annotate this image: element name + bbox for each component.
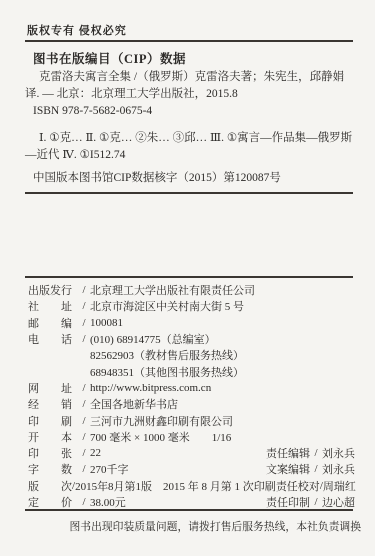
info-row-separator: / <box>78 463 90 475</box>
info-row-distribution: 经 销 / 全国各地新华书店 <box>28 396 355 412</box>
quality-note: 图书出现印装质量问题，请拨打售后服务热线，本社负责调换 <box>0 519 361 534</box>
info-row-label: 开 本 <box>28 429 78 445</box>
info-row-label: 印 刷 <box>28 413 78 429</box>
info-row-label: 电 话 <box>28 331 78 347</box>
info-row-separator: / <box>78 398 90 410</box>
info-row-separator: / <box>78 317 90 329</box>
info-row-value: 82562903（教材售后服务热线） <box>90 347 244 363</box>
copyright-page: 版权专有 侵权必究 图书在版编目（CIP）数据 克雷洛夫寓言全集 /（俄罗斯）克… <box>0 0 375 556</box>
info-row-value: 2015年8月第1版 2015 年 8 月第 1 次印刷 <box>75 478 276 494</box>
info-row-value: 全国各地新华书店 <box>90 396 178 412</box>
info-row-separator: / <box>78 382 90 394</box>
info-row-separator: / <box>78 415 90 427</box>
info-row-separator: / <box>78 333 90 345</box>
publication-info: 出版发行 / 北京理工大学出版社有限责任公司 社 址 / 北京市海淀区中关村南大… <box>28 282 355 510</box>
credit-separator: / <box>310 496 322 508</box>
info-row-value: (010) 68914775（总编室） <box>90 331 216 347</box>
info-row-separator: / <box>78 496 90 508</box>
divider-top <box>25 40 353 42</box>
info-row-phone: 电 话 / (010) 68914775（总编室） <box>28 331 355 347</box>
cip-description: 克雷洛夫寓言全集 /（俄罗斯）克雷洛夫著；朱宪生，邱静娟译. — 北京：北京理工… <box>25 69 357 102</box>
info-row-label: 经 销 <box>28 396 78 412</box>
credit-name: 周瑞红 <box>323 478 356 494</box>
info-row-value: 22 <box>90 447 101 459</box>
info-row-value: 38.00元 <box>90 494 126 510</box>
info-row-value: 68948351（其他图书服务热线） <box>90 364 244 380</box>
info-row-value: http://www.bitpress.com.cn <box>90 382 211 394</box>
info-row-separator: / <box>78 284 90 296</box>
info-row-label: 定 价 <box>28 494 78 510</box>
credit-label: 责任印制 <box>266 494 310 510</box>
info-row-value: 270千字 <box>90 461 129 477</box>
info-row-separator: / <box>78 447 90 459</box>
isbn-line: ISBN 978-7-5682-0675-4 <box>33 105 152 117</box>
credit-separator: / <box>310 447 322 459</box>
info-row-label: 印 张 <box>28 445 78 461</box>
info-row-label: 字 数 <box>28 461 78 477</box>
info-row-label: 版 次 <box>28 478 72 494</box>
info-row-value: 700 毫米 × 1000 毫米 1/16 <box>90 429 231 445</box>
info-row-value: 100081 <box>90 317 123 329</box>
credit-name: 边心超 <box>322 494 355 510</box>
credit-label: 责任编辑 <box>266 445 310 461</box>
credit-name: 刘永兵 <box>322 461 355 477</box>
info-row-separator: / <box>78 300 90 312</box>
info-row-phone-hotline-1: / 82562903（教材售后服务热线） <box>28 347 355 363</box>
info-row-label: 邮 编 <box>28 315 78 331</box>
info-row-edition: 版 次 / 2015年8月第1版 2015 年 8 月第 1 次印刷 责任校对 … <box>28 478 355 494</box>
cip-classification: Ⅰ. ①克… Ⅱ. ①克… ②朱… ③邱… Ⅲ. ①寓言—作品集—俄罗斯—近代 … <box>25 130 357 163</box>
info-row-value: 三河市九洲财鑫印刷有限公司 <box>90 413 233 429</box>
info-row-value: 北京市海淀区中关村南大街 5 号 <box>90 298 244 314</box>
credit-separator: / <box>310 463 322 475</box>
copyright-notice: 版权专有 侵权必究 <box>27 22 127 38</box>
info-row-postcode: 邮 编 / 100081 <box>28 315 355 331</box>
divider-middle-upper <box>25 192 353 194</box>
info-row-address: 社 址 / 北京市海淀区中关村南大街 5 号 <box>28 298 355 314</box>
info-row-price: 定 价 / 38.00元 责任印制 / 边心超 <box>28 494 355 510</box>
divider-middle-lower <box>25 276 353 278</box>
info-row-label: 出版发行 <box>28 282 78 298</box>
info-row-publisher: 出版发行 / 北京理工大学出版社有限责任公司 <box>28 282 355 298</box>
info-row-printer: 印 刷 / 三河市九洲财鑫印刷有限公司 <box>28 412 355 428</box>
info-row-sheets: 印 张 / 22 责任编辑 / 刘永兵 <box>28 445 355 461</box>
info-row-separator: / <box>78 431 90 443</box>
info-row-value: 北京理工大学出版社有限责任公司 <box>90 282 255 298</box>
info-row-label: 社 址 <box>28 298 78 314</box>
info-row-format: 开 本 / 700 毫米 × 1000 毫米 1/16 <box>28 429 355 445</box>
info-row-wordcount: 字 数 / 270千字 文案编辑 / 刘永兵 <box>28 461 355 477</box>
info-row-phone-hotline-2: / 68948351（其他图书服务热线） <box>28 363 355 379</box>
cip-heading: 图书在版编目（CIP）数据 <box>33 49 186 67</box>
cip-record-number: 中国版本图书馆CIP数据核字（2015）第120087号 <box>33 169 281 185</box>
divider-bottom <box>25 509 353 511</box>
info-row-label: 网 址 <box>28 380 78 396</box>
credit-name: 刘永兵 <box>322 445 355 461</box>
info-row-website: 网 址 / http://www.bitpress.com.cn <box>28 380 355 396</box>
credit-label: 责任校对 <box>276 478 320 494</box>
credit-label: 文案编辑 <box>266 461 310 477</box>
